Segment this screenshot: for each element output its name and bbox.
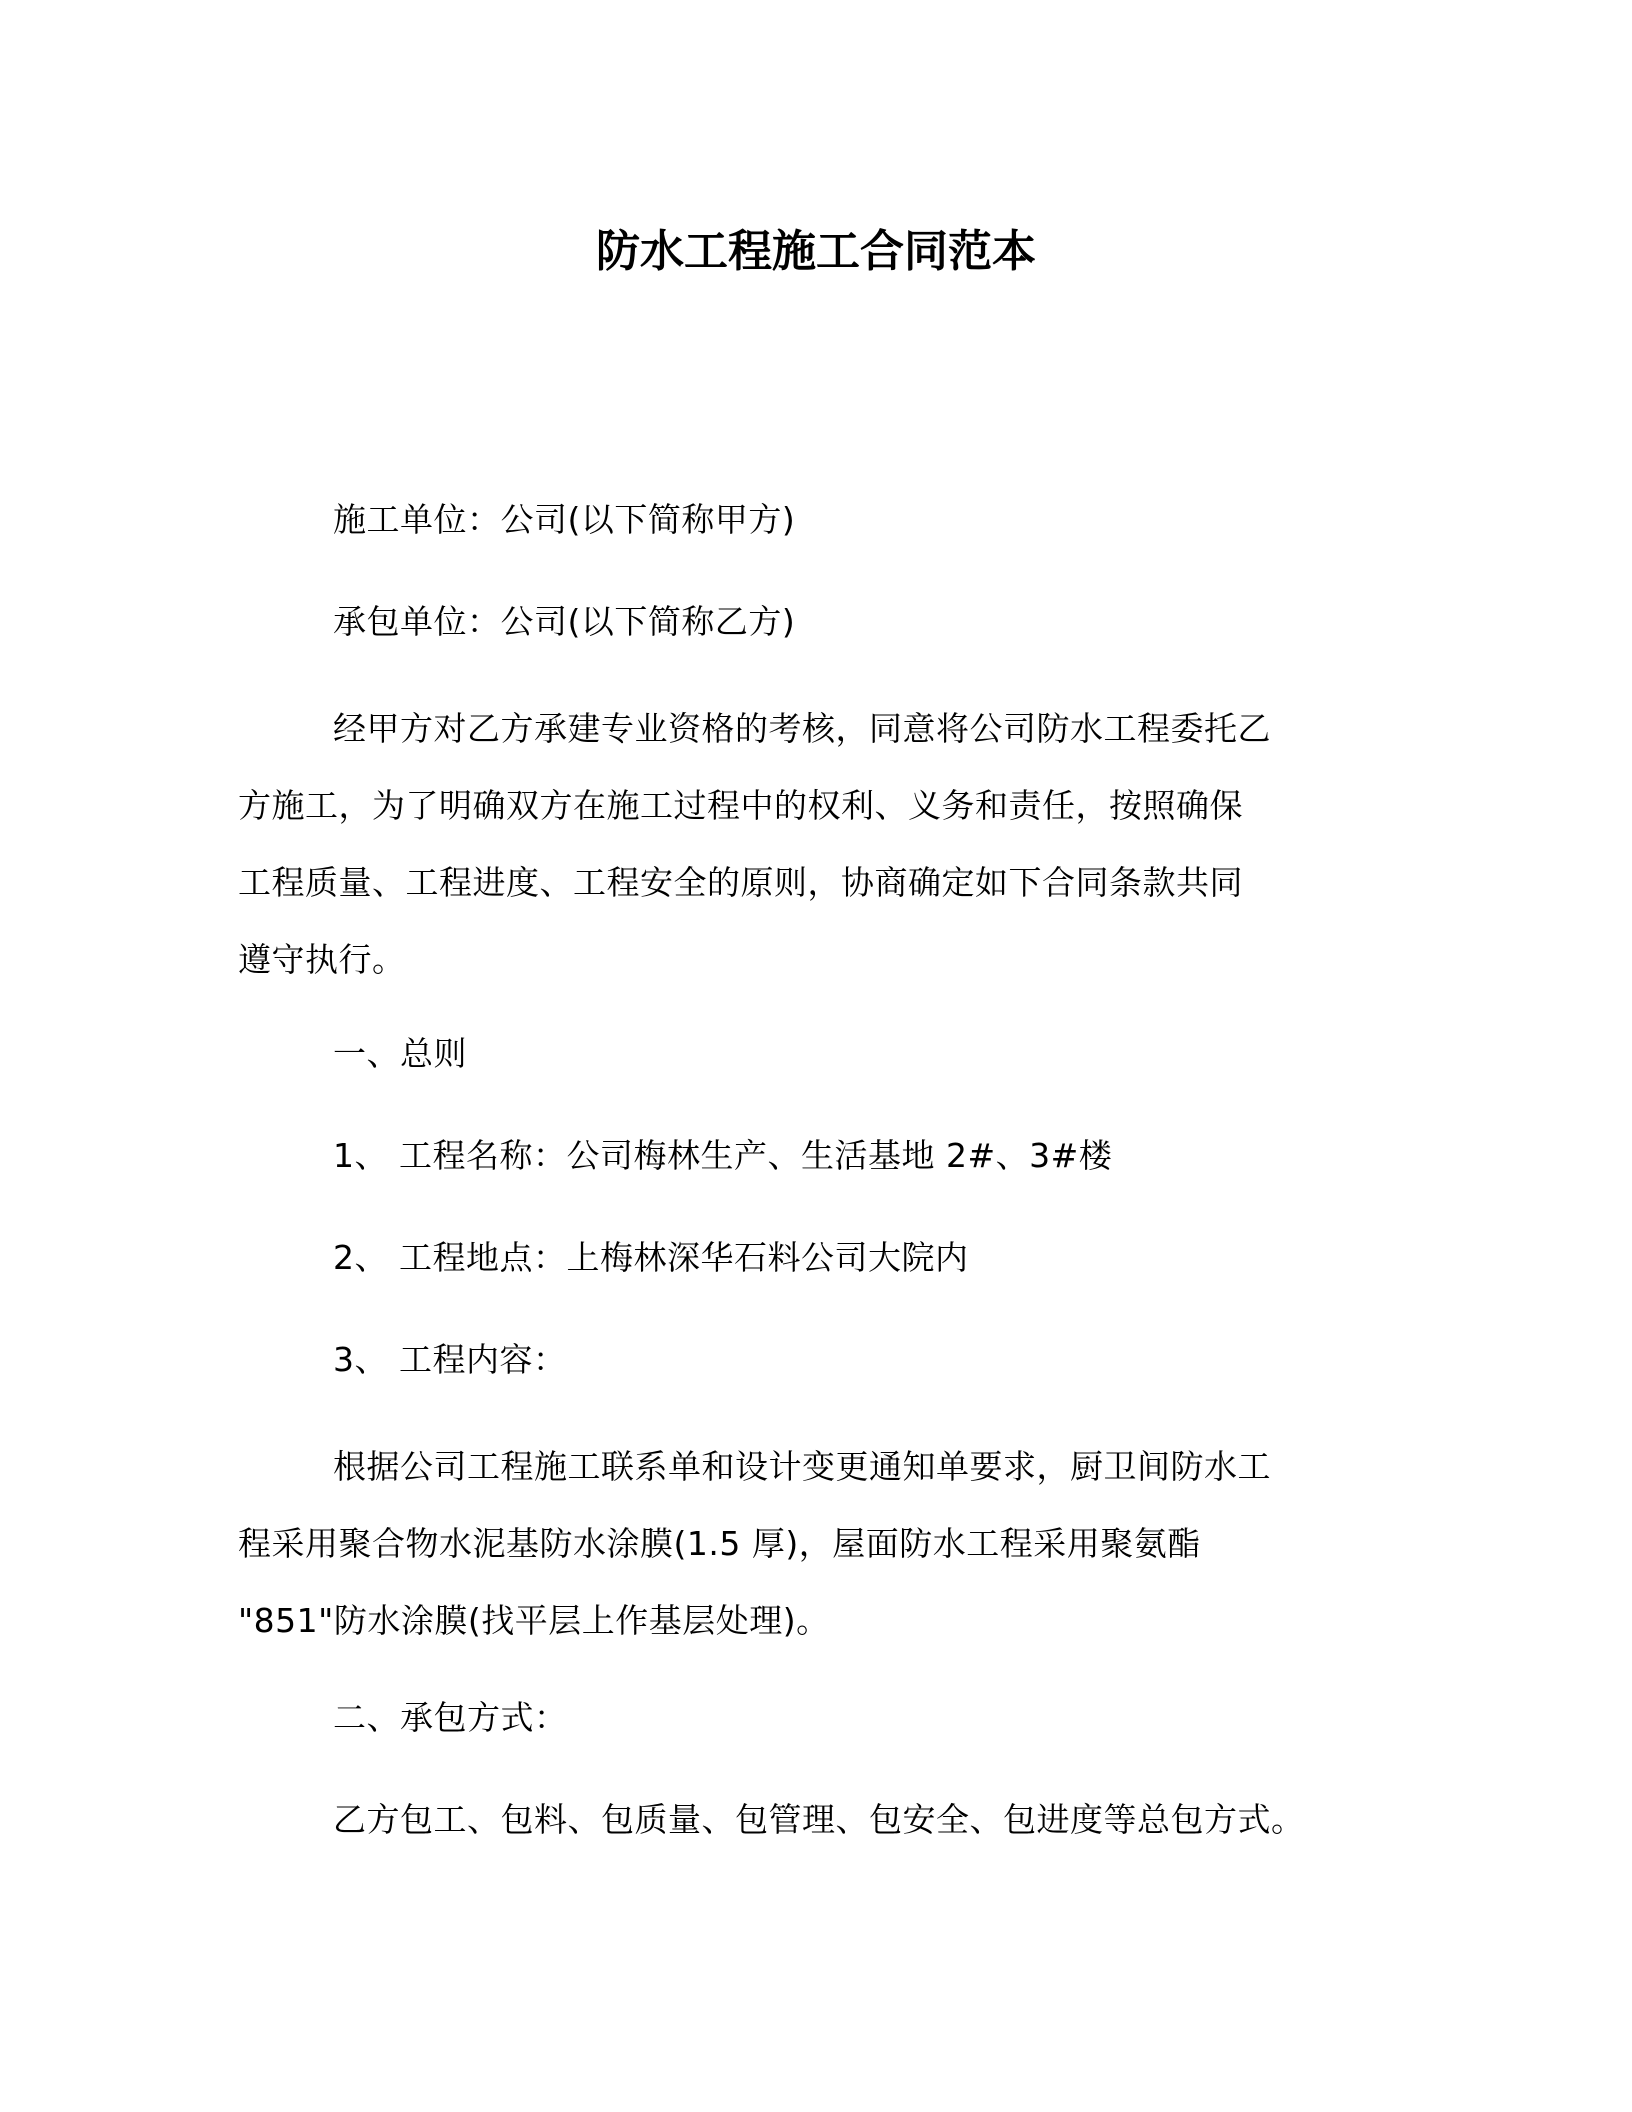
intro-paragraph: 经甲方对乙方承建专业资格的考核，同意将公司防水工程委托乙 方施工，为了明确双方在…	[238, 690, 1388, 998]
intro-line-4: 遵守执行。	[238, 921, 1388, 998]
party-a-line: 施工单位：公司(以下简称甲方)	[333, 498, 795, 542]
section-1-item-3: 3、 工程内容：	[333, 1338, 567, 1382]
content-line-3: "851"防水涂膜(找平层上作基层处理)。	[238, 1582, 1388, 1659]
section-1-heading: 一、总则	[333, 1032, 467, 1076]
intro-line-2: 方施工，为了明确双方在施工过程中的权利、义务和责任，按照确保	[238, 767, 1388, 844]
project-content-paragraph: 根据公司工程施工联系单和设计变更通知单要求，厨卫间防水工 程采用聚合物水泥基防水…	[238, 1428, 1388, 1659]
content-line-2: 程采用聚合物水泥基防水涂膜(1.5 厚)，屋面防水工程采用聚氨酯	[238, 1505, 1388, 1582]
section-1-item-2: 2、 工程地点：上梅林深华石料公司大院内	[333, 1236, 969, 1280]
document-page: 防水工程施工合同范本 施工单位：公司(以下简称甲方) 承包单位：公司(以下简称乙…	[0, 0, 1632, 2112]
intro-line-1: 经甲方对乙方承建专业资格的考核，同意将公司防水工程委托乙	[238, 690, 1388, 767]
section-2-heading: 二、承包方式：	[333, 1696, 568, 1740]
section-2-body: 乙方包工、包料、包质量、包管理、包安全、包进度等总包方式。	[333, 1798, 1305, 1842]
intro-line-3: 工程质量、工程进度、工程安全的原则，协商确定如下合同条款共同	[238, 844, 1388, 921]
document-title: 防水工程施工合同范本	[0, 222, 1632, 282]
party-b-line: 承包单位：公司(以下简称乙方)	[333, 600, 795, 644]
content-line-1: 根据公司工程施工联系单和设计变更通知单要求，厨卫间防水工	[238, 1428, 1388, 1505]
section-1-item-1: 1、 工程名称：公司梅林生产、生活基地 2#、3#楼	[333, 1134, 1112, 1178]
